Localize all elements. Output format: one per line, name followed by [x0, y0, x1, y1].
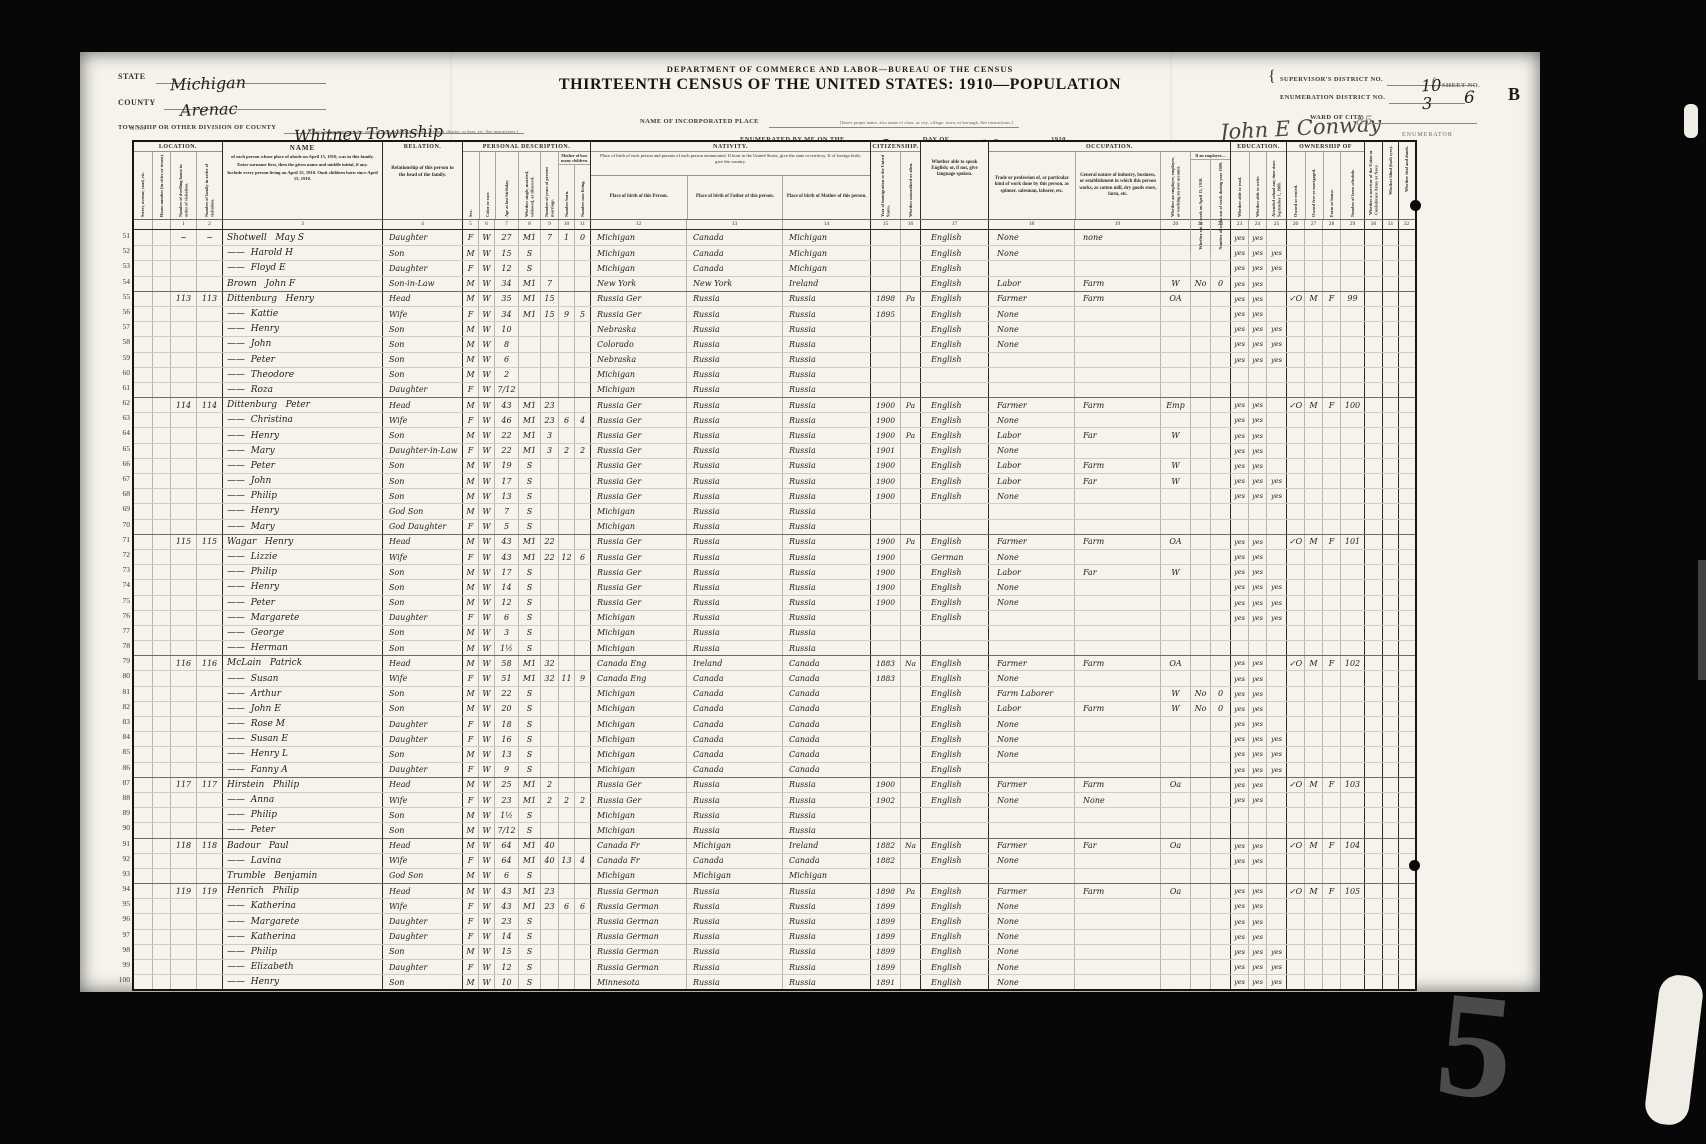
cell-y: 7 — [540, 277, 558, 291]
cell-rd: yes — [1230, 565, 1248, 579]
cell-sex: M — [462, 641, 478, 655]
cell-lg: English — [920, 687, 988, 701]
cell-o1 — [1286, 899, 1304, 913]
cell-ow — [1190, 839, 1210, 853]
cell-pm: Canada — [782, 747, 870, 761]
cell-o1 — [1286, 945, 1304, 959]
table-row: —— HenrySonMW22M13Russia GerRussiaRussia… — [134, 427, 1415, 442]
cell-bl — [1382, 230, 1398, 245]
cell-war — [1364, 383, 1382, 397]
cell-m: M1 — [518, 656, 540, 670]
cell-hn — [152, 277, 170, 291]
cell-fam — [196, 671, 222, 685]
cell-y — [540, 261, 558, 275]
cell-st — [134, 626, 152, 640]
column-number: 25 — [1266, 220, 1286, 229]
table-row: —— MaryGod DaughterFW5SMichiganRussiaRus… — [134, 519, 1415, 534]
cell-ow — [1190, 899, 1210, 913]
cell-cb — [558, 459, 574, 473]
cell-o4 — [1340, 444, 1364, 458]
cell-cl — [574, 656, 590, 670]
cell-o4 — [1340, 230, 1364, 245]
cell-pf: Canada — [686, 671, 782, 685]
cell-rd: yes — [1230, 702, 1248, 716]
cell-cb — [558, 353, 574, 367]
group-citizenship: CITIZENSHIP. Year of immigration to the … — [870, 142, 920, 219]
subgroup-if-employee: If an employee— Whether out of work on A… — [1190, 152, 1230, 219]
cell-pob: Russia German — [590, 930, 686, 944]
cell-name: —— Margarete — [222, 611, 382, 625]
cell-o4: 102 — [1340, 656, 1364, 670]
cell-emp: Oa — [1160, 778, 1190, 792]
cell-pob: Nebraska — [590, 322, 686, 336]
cell-pm: Canada — [782, 732, 870, 746]
cell-cl — [574, 246, 590, 260]
cell-cb — [558, 945, 574, 959]
cell-pob: Russia German — [590, 899, 686, 913]
cell-name: —— George — [222, 626, 382, 640]
cell-sex: F — [462, 520, 478, 534]
cell-bl — [1382, 945, 1398, 959]
cell-df — [1398, 246, 1414, 260]
cell-cb — [558, 717, 574, 731]
cell-im: 1899 — [870, 914, 900, 928]
cell-na — [900, 565, 920, 579]
cell-name: —— Henry — [222, 504, 382, 518]
cell-y — [540, 945, 558, 959]
cell-pf: Canada — [686, 854, 782, 868]
cell-o2 — [1304, 368, 1322, 382]
cell-c: W — [478, 398, 494, 412]
cell-sc — [1266, 292, 1286, 306]
cell-dw — [170, 732, 196, 746]
cell-st — [134, 702, 152, 716]
cell-cb — [558, 535, 574, 549]
line-number: 83 — [108, 714, 130, 729]
cell-pm: Russia — [782, 960, 870, 974]
cell-ind — [1074, 671, 1160, 685]
cell-cb — [558, 960, 574, 974]
table-row: —— Fanny ADaughterFW9SMichiganCanadaCana… — [134, 762, 1415, 777]
cell-ind — [1074, 960, 1160, 974]
group-occupation-label: OCCUPATION. — [989, 142, 1230, 152]
cell-na — [900, 459, 920, 473]
cell-ind — [1074, 945, 1160, 959]
cell-hn — [152, 793, 170, 807]
cell-st — [134, 914, 152, 928]
cell-war — [1364, 489, 1382, 503]
cell-wr — [1248, 504, 1266, 518]
cell-m: M1 — [518, 671, 540, 685]
cell-o2: M — [1304, 535, 1322, 549]
cell-sc — [1266, 899, 1286, 913]
cell-sex: M — [462, 823, 478, 837]
cell-na — [900, 550, 920, 564]
column-number: 12 — [590, 220, 686, 229]
cell-df — [1398, 535, 1414, 549]
cell-rd: yes — [1230, 945, 1248, 959]
cell-sc — [1266, 398, 1286, 412]
cell-tr — [988, 261, 1074, 275]
col-header-industry: General nature of industry, business, or… — [1075, 152, 1161, 219]
cell-name: —— Henry L — [222, 747, 382, 761]
cell-na — [900, 611, 920, 625]
cell-df — [1398, 656, 1414, 670]
cell-o1 — [1286, 489, 1304, 503]
cell-pm: Russia — [782, 444, 870, 458]
col-header-language: Whether able to speak English; or, if no… — [921, 142, 988, 179]
cell-y — [540, 489, 558, 503]
cell-o2 — [1304, 854, 1322, 868]
cell-df — [1398, 899, 1414, 913]
cell-na — [900, 413, 920, 427]
cell-bl — [1382, 307, 1398, 321]
cell-na: Pa — [900, 428, 920, 442]
cell-sex: F — [462, 261, 478, 275]
line-number: 60 — [108, 365, 130, 380]
table-row: —— PeterSonMW6NebraskaRussiaRussiaEnglis… — [134, 352, 1415, 367]
cell-o3 — [1322, 277, 1340, 291]
cell-o3 — [1322, 428, 1340, 442]
cell-rd — [1230, 808, 1248, 822]
cell-st — [134, 277, 152, 291]
cell-ind — [1074, 353, 1160, 367]
cell-o2 — [1304, 732, 1322, 746]
cell-st — [134, 398, 152, 412]
cell-emp — [1160, 626, 1190, 640]
cell-pm: Russia — [782, 884, 870, 898]
cell-o1 — [1286, 763, 1304, 777]
cell-sex: F — [462, 230, 478, 245]
cell-y — [540, 580, 558, 594]
cell-sc — [1266, 930, 1286, 944]
cell-st — [134, 854, 152, 868]
cell-ow — [1190, 611, 1210, 625]
cell-o3 — [1322, 504, 1340, 518]
cell-m: M1 — [518, 292, 540, 306]
cell-ow — [1190, 732, 1210, 746]
cell-age: 7 — [494, 504, 518, 518]
cell-sex: M — [462, 398, 478, 412]
cell-tr: Farmer — [988, 839, 1074, 853]
cell-dw: 115 — [170, 535, 196, 549]
cell-sex: M — [462, 368, 478, 382]
scan-artifact-edge — [1698, 560, 1706, 680]
cell-dw — [170, 261, 196, 275]
cell-lg: English — [920, 747, 988, 761]
cell-rd: yes — [1230, 353, 1248, 367]
cell-age: 43 — [494, 550, 518, 564]
cell-ind — [1074, 914, 1160, 928]
col-header-weeks-out: Number of weeks out of work during year … — [1210, 160, 1230, 252]
cell-emp — [1160, 899, 1190, 913]
cell-lg: English — [920, 975, 988, 989]
cell-df — [1398, 687, 1414, 701]
cell-name: —— Arthur — [222, 687, 382, 701]
cell-ow — [1190, 413, 1210, 427]
cell-war — [1364, 975, 1382, 989]
cell-name: —— Christina — [222, 413, 382, 427]
cell-o4 — [1340, 520, 1364, 534]
cell-pm: Canada — [782, 687, 870, 701]
cell-o1 — [1286, 322, 1304, 336]
cell-age: 14 — [494, 930, 518, 944]
table-row: —— ChristinaWifeFW46M12364Russia GerRuss… — [134, 412, 1415, 427]
cell-o3 — [1322, 702, 1340, 716]
cell-war — [1364, 520, 1382, 534]
cell-c: W — [478, 763, 494, 777]
cell-wk — [1210, 778, 1230, 792]
cell-pob: Michigan — [590, 368, 686, 382]
cell-bl — [1382, 383, 1398, 397]
cell-pm: Russia — [782, 823, 870, 837]
cell-c: W — [478, 687, 494, 701]
cell-pf: Russia — [686, 550, 782, 564]
cell-lg — [920, 368, 988, 382]
cell-wr: yes — [1248, 930, 1266, 944]
cell-ind — [1074, 368, 1160, 382]
cell-cl — [574, 520, 590, 534]
cell-sc — [1266, 839, 1286, 853]
cell-o4 — [1340, 747, 1364, 761]
cell-pm: Russia — [782, 504, 870, 518]
cell-wk — [1210, 854, 1230, 868]
cell-lg — [920, 823, 988, 837]
cell-emp — [1160, 383, 1190, 397]
cell-rel: Son — [382, 489, 462, 503]
cell-st — [134, 975, 152, 989]
cell-fam — [196, 459, 222, 473]
cell-df — [1398, 671, 1414, 685]
cell-bl — [1382, 884, 1398, 898]
cell-emp: OA — [1160, 292, 1190, 306]
cell-ow — [1190, 823, 1210, 837]
cell-cl: 5 — [574, 307, 590, 321]
cell-ow — [1190, 960, 1210, 974]
cell-pf: Michigan — [686, 839, 782, 853]
cell-cl — [574, 292, 590, 306]
cell-o4 — [1340, 307, 1364, 321]
cell-pm: Russia — [782, 808, 870, 822]
cell-cb — [558, 930, 574, 944]
cell-cl — [574, 428, 590, 442]
cell-im: 1901 — [870, 444, 900, 458]
cell-bl — [1382, 778, 1398, 792]
cell-df — [1398, 596, 1414, 610]
cell-name: —— Philip — [222, 565, 382, 579]
cell-rd: yes — [1230, 550, 1248, 564]
cell-bl — [1382, 793, 1398, 807]
cell-c: W — [478, 368, 494, 382]
column-number: 7 — [494, 220, 518, 229]
cell-hn — [152, 520, 170, 534]
cell-c: W — [478, 428, 494, 442]
cell-pob: Russia Ger — [590, 596, 686, 610]
line-number: 67 — [108, 471, 130, 486]
cell-ow — [1190, 671, 1210, 685]
column-number: 1 — [170, 220, 196, 229]
cell-sex: F — [462, 444, 478, 458]
cell-rel: Son — [382, 353, 462, 367]
cell-name: —— Roza — [222, 383, 382, 397]
cell-rel: Son — [382, 687, 462, 701]
cell-name: Dittenburg Peter — [222, 398, 382, 412]
cell-im: 1900 — [870, 778, 900, 792]
cell-pm: Russia — [782, 550, 870, 564]
cell-dw — [170, 565, 196, 579]
cell-o4 — [1340, 793, 1364, 807]
cell-tr: None — [988, 671, 1074, 685]
table-row: —— Susan EDaughterFW16SMichiganCanadaCan… — [134, 731, 1415, 746]
cell-o2 — [1304, 823, 1322, 837]
cell-st — [134, 520, 152, 534]
cell-cl — [574, 641, 590, 655]
col-header-birthplace: Place of birth of this Person. — [591, 176, 687, 219]
cell-o4 — [1340, 899, 1364, 913]
cell-wk — [1210, 808, 1230, 822]
cell-rel: Head — [382, 778, 462, 792]
cell-ind: Far — [1074, 474, 1160, 488]
cell-o2: M — [1304, 398, 1322, 412]
cell-rd: yes — [1230, 307, 1248, 321]
cell-o4 — [1340, 960, 1364, 974]
cell-rd — [1230, 520, 1248, 534]
cell-o2 — [1304, 580, 1322, 594]
cell-rd: yes — [1230, 277, 1248, 291]
cell-o3 — [1322, 246, 1340, 260]
cell-age: 34 — [494, 277, 518, 291]
cell-rd — [1230, 383, 1248, 397]
cell-rel: God Son — [382, 869, 462, 883]
cell-dw — [170, 246, 196, 260]
cell-o4 — [1340, 459, 1364, 473]
cell-im — [870, 823, 900, 837]
cell-bl — [1382, 550, 1398, 564]
cell-cl — [574, 823, 590, 837]
cell-wk — [1210, 899, 1230, 913]
cell-age: 17 — [494, 474, 518, 488]
cell-o3 — [1322, 611, 1340, 625]
cell-pf: Russia — [686, 596, 782, 610]
cell-name: —— Henry — [222, 428, 382, 442]
relation-header-desc: Relationship of this person to the head … — [383, 152, 462, 180]
cell-sex: M — [462, 277, 478, 291]
cell-age: 19 — [494, 459, 518, 473]
cell-bl — [1382, 687, 1398, 701]
cell-pob: Michigan — [590, 626, 686, 640]
cell-name: Shotwell May S — [222, 230, 382, 245]
cell-wr: yes — [1248, 899, 1266, 913]
table-row: —— JohnSonMW8ColoradoRussiaRussiaEnglish… — [134, 336, 1415, 351]
cell-df — [1398, 960, 1414, 974]
cell-emp: W — [1160, 565, 1190, 579]
cell-fam — [196, 717, 222, 731]
column-number: 29 — [1340, 220, 1364, 229]
cell-y: 23 — [540, 398, 558, 412]
cell-pob: Michigan — [590, 763, 686, 777]
line-number: 80 — [108, 668, 130, 683]
cell-sex: M — [462, 884, 478, 898]
cell-sc — [1266, 277, 1286, 291]
cell-sc — [1266, 383, 1286, 397]
cell-fam: 119 — [196, 884, 222, 898]
column-number: 19 — [1074, 220, 1160, 229]
cell-df — [1398, 474, 1414, 488]
line-number: 95 — [108, 896, 130, 911]
cell-ind — [1074, 641, 1160, 655]
table-row: 118118Badour PaulHeadMW64M140Canada FrMi… — [134, 838, 1415, 853]
cell-wk — [1210, 656, 1230, 670]
cell-fam — [196, 823, 222, 837]
cell-sc — [1266, 626, 1286, 640]
cell-o4 — [1340, 353, 1364, 367]
cell-wr: yes — [1248, 914, 1266, 928]
cell-name: —— Katherina — [222, 930, 382, 944]
cell-im: 1900 — [870, 398, 900, 412]
cell-pm: Russia — [782, 611, 870, 625]
cell-rel: Son — [382, 580, 462, 594]
cell-hn — [152, 307, 170, 321]
cell-c: W — [478, 869, 494, 883]
cell-o3 — [1322, 444, 1340, 458]
cell-bl — [1382, 930, 1398, 944]
cell-wr: yes — [1248, 398, 1266, 412]
cell-ind — [1074, 899, 1160, 913]
cell-o1 — [1286, 914, 1304, 928]
cell-o2 — [1304, 504, 1322, 518]
cell-ow — [1190, 641, 1210, 655]
cell-age: 51 — [494, 671, 518, 685]
cell-df — [1398, 322, 1414, 336]
cell-tr — [988, 368, 1074, 382]
cell-pob: New York — [590, 277, 686, 291]
cell-rd — [1230, 641, 1248, 655]
cell-wr: yes — [1248, 246, 1266, 260]
cell-cl: 9 — [574, 671, 590, 685]
line-numbers: 5152535455565758596061626364656667686970… — [108, 228, 130, 987]
cell-pf: Russia — [686, 793, 782, 807]
cell-tr: Labor — [988, 277, 1074, 291]
cell-pm: Ireland — [782, 277, 870, 291]
cell-o4 — [1340, 322, 1364, 336]
cell-m: S — [518, 823, 540, 837]
cell-ind: None — [1074, 793, 1160, 807]
cell-ind — [1074, 687, 1160, 701]
table-row: —— MaryDaughter-in-LawFW22M1322Russia Ge… — [134, 443, 1415, 458]
column-number: 18 — [988, 220, 1074, 229]
cell-pob: Russia Ger — [590, 565, 686, 579]
cell-m — [518, 353, 540, 367]
cell-na — [900, 960, 920, 974]
cell-pob: Michigan — [590, 747, 686, 761]
cell-cl — [574, 884, 590, 898]
cell-cb: 9 — [558, 307, 574, 321]
cell-na — [900, 230, 920, 245]
cell-sc — [1266, 656, 1286, 670]
cell-o4 — [1340, 914, 1364, 928]
cell-rd: yes — [1230, 292, 1248, 306]
cell-cb — [558, 914, 574, 928]
line-number: 96 — [108, 911, 130, 926]
cell-st — [134, 763, 152, 777]
cell-wk — [1210, 398, 1230, 412]
name-header-desc2: Enter surname first, then the given name… — [227, 162, 378, 168]
column-number: 30 — [1364, 220, 1382, 229]
cell-m: S — [518, 732, 540, 746]
cell-emp — [1160, 261, 1190, 275]
cell-wr: yes — [1248, 580, 1266, 594]
cell-emp — [1160, 307, 1190, 321]
